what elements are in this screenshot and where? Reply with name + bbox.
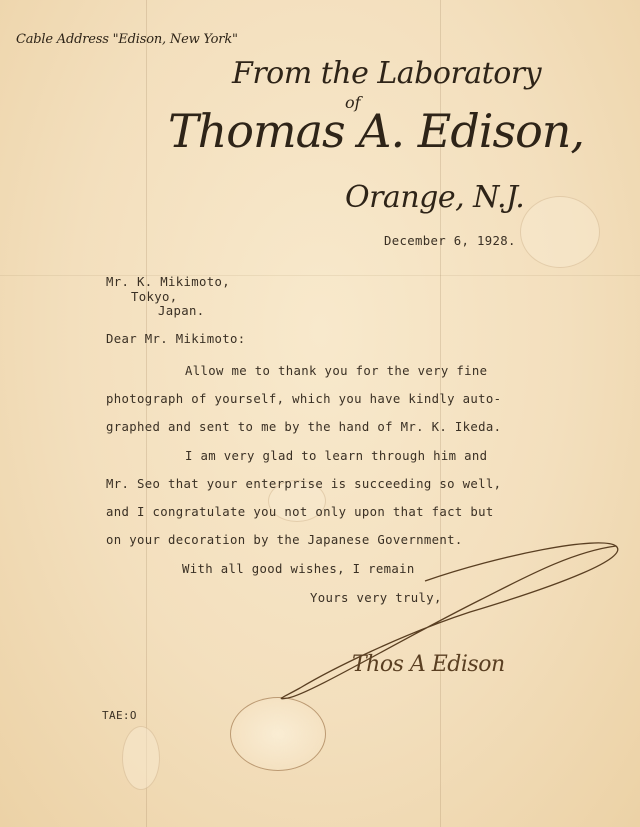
letter-page: Cable Address "Edison, New York" From th… (0, 0, 640, 827)
signature-flourish (0, 0, 640, 827)
reference-initials: TAE:O (102, 709, 137, 722)
signature: Thos A Edison (352, 652, 505, 677)
